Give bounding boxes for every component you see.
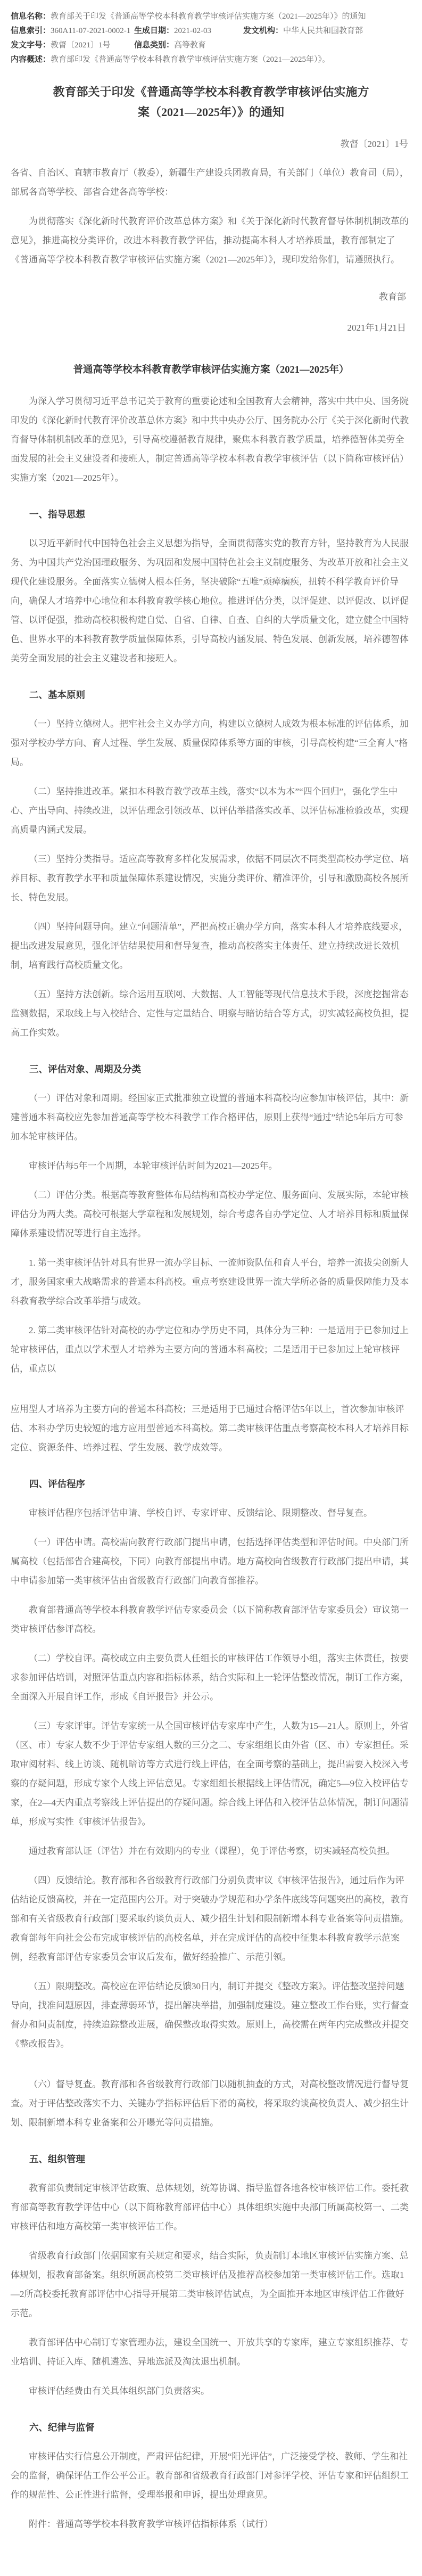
- meta-category-pair: 信息类别： 高等教育: [134, 38, 411, 53]
- meta-agency-label: 发文机构：: [243, 24, 283, 38]
- paragraph: （一）评估申请。高校需向教育行政部门提出申请，包括选择评估类型和评估时间。中央部…: [11, 1533, 411, 1590]
- paragraph-continuation: 应用型人才培养为主要方向的普通本科高校；三是适用于已通过合格评估5年以上，首次参…: [11, 1400, 411, 1457]
- section-heading: 五、组织管理: [11, 2150, 411, 2169]
- meta-name-value: 教育部关于印发《普通高等学校本科教育教学审核评估实施方案（2021—2025年）…: [51, 10, 366, 24]
- paragraph: 以习近平新时代中国特色社会主义思想为指导，全面贯彻落实党的教育方针，坚持教育为人…: [11, 534, 411, 668]
- paragraph: 审核评估实行信息公开制度，严肃评估纪律，开展“阳光评估”，广泛接受学校、教师、学…: [11, 2447, 411, 2505]
- paragraph: （四）反馈结论。教育部和各省级教育行政部门分别负责审议《审核评估报告》，通过后作…: [11, 1871, 411, 1967]
- paragraph: （五）限期整改。高校应在评估结论反馈30日内，制订并提交《整改方案》。评估整改坚…: [11, 1977, 411, 2054]
- paragraph: （三）专家评审。评估专家统一从全国审核评估专家库中产生，人数为15—21人。原则…: [11, 1717, 411, 1832]
- paragraph: （二）评估分类。根据高等教育整体布局结构和高校办学定位、服务面向、发展实际，本轮…: [11, 1186, 411, 1243]
- meta-index-label: 信息索引：: [11, 24, 51, 38]
- attachment-line: 附件：普通高等学校本科教育教学审核评估指标体系（试行）: [11, 2515, 411, 2534]
- meta-row-index: 信息索引： 360A11-07-2021-0002-1 生成日期： 2021-0…: [11, 24, 411, 38]
- paragraph: （二）坚持推进改革。紧扣本科教育教学改革主线，落实“以本为本”“四个回归”，强化…: [11, 782, 411, 840]
- paragraph: （四）坚持问题导向。建立“问题清单”，严把高校正确办学方向，落实本科人才培养底线…: [11, 917, 411, 975]
- paragraph: （六）督导复查。教育部和各省级教育行政部门以随机抽查的方式，对高校整改情况进行督…: [11, 2075, 411, 2132]
- paragraph: 为深入学习贯彻习近平总书记关于教育的重要论述和全国教育大会精神，落实中共中央、国…: [11, 392, 411, 488]
- meta-row-docno: 发文字号： 教督〔2021〕1号 信息类别： 高等教育: [11, 38, 411, 53]
- document-meta: 信息名称： 教育部关于印发《普通高等学校本科教育教学审核评估实施方案（2021—…: [11, 10, 411, 67]
- section-heading: 四、评估程序: [11, 1474, 411, 1494]
- meta-index-value: 360A11-07-2021-0002-1: [51, 24, 130, 38]
- meta-docno-pair: 发文字号： 教督〔2021〕1号: [11, 38, 134, 53]
- meta-name-label: 信息名称：: [11, 10, 51, 24]
- paragraph: 教育部负责制定审核评估政策、总体规划，统筹协调、指导监督各地各校审核评估工作。委…: [11, 2179, 411, 2236]
- meta-category-label: 信息类别：: [134, 38, 174, 53]
- paragraph: 审核评估每5年一个周期，本轮审核评估时间为2021—2025年。: [11, 1156, 411, 1176]
- paragraph: 审核评估程序包括评估申请、学校自评、专家评审、反馈结论、限期整改、督导复查。: [11, 1504, 411, 1523]
- paragraph: 2. 第二类审核评估针对高校的办学定位和办学历史不同，具体分为三种：一是适用于已…: [11, 1321, 411, 1379]
- section-heading: 三、评估对象、周期及分类: [11, 1060, 411, 1079]
- meta-docno-label: 发文字号：: [11, 38, 51, 53]
- meta-row-name: 信息名称： 教育部关于印发《普通高等学校本科教育教学审核评估实施方案（2021—…: [11, 10, 411, 24]
- meta-agency-pair: 发文机构： 中华人民共和国教育部: [243, 24, 411, 38]
- paragraph: （一）坚持立德树人。把牢社会主义办学方向，构建以立德树人成效为根本标准的评估体系…: [11, 715, 411, 772]
- section-heading: 一、指导思想: [11, 505, 411, 524]
- meta-docno-value: 教督〔2021〕1号: [51, 38, 111, 53]
- paragraph: 为贯彻落实《深化新时代教育评价改革总体方案》和《关于深化新时代教育督导体制机制改…: [11, 212, 411, 269]
- doc-number: 教督〔2021〕1号: [11, 136, 411, 150]
- meta-category-value: 高等教育: [174, 38, 206, 53]
- section-heading: 二、基本原则: [11, 685, 411, 704]
- salutation: 各省、自治区、直辖市教育厅（教委），新疆生产建设兵团教育局，有关部门（单位）教育…: [11, 163, 411, 202]
- paragraph: 审核评估经费由有关具体组织部门负责落实。: [11, 2382, 411, 2401]
- section-heading: 六、纪律与监督: [11, 2418, 411, 2437]
- paragraph: 通过教育部认证（评估）并在有效期内的专业（课程），免于评估考察，切实减轻高校负担…: [11, 1842, 411, 1861]
- paragraph: 省级教育行政部门依据国家有关规定和要求，结合实际，负责制订本地区审核评估实施方案…: [11, 2246, 411, 2323]
- meta-agency-value: 中华人民共和国教育部: [283, 24, 363, 38]
- paragraph: 教育部评估中心制订专家管理办法，建设全国统一、开放共享的专家库，建立专家组织推荐…: [11, 2333, 411, 2372]
- page-title: 教育部关于印发《普通高等学校本科教育教学审核评估实施方案（2021—2025年）…: [11, 82, 411, 122]
- sign-date: 2021年1月21日: [11, 318, 411, 338]
- notice-body: 各省、自治区、直辖市教育厅（教委），新疆生产建设兵团教育局，有关部门（单位）教育…: [11, 163, 411, 338]
- paragraph: （一）评估对象和周期。经国家正式批准独立设置的普通本科高校均应参加审核评估，其中…: [11, 1089, 411, 1146]
- meta-date-value: 2021-02-03: [174, 24, 211, 38]
- plan-body: 为深入学习贯彻习近平总书记关于教育的重要论述和全国教育大会精神，落实中共中央、国…: [11, 392, 411, 2534]
- paragraph: （二）学校自评。高校成立由主要负责人任组长的审核评估工作领导小组，落实主体责任，…: [11, 1649, 411, 1707]
- meta-summary-label: 内容概述：: [11, 53, 51, 67]
- meta-row-summary: 内容概述： 教育部印发《普通高等学校本科教育教学审核评估实施方案（2021—20…: [11, 53, 411, 67]
- meta-date-pair: 生成日期： 2021-02-03: [134, 24, 243, 38]
- paragraph: （五）坚持方法创新。综合运用互联网、大数据、人工智能等现代信息技术手段，深度挖掘…: [11, 985, 411, 1043]
- plan-title: 普通高等学校本科教育教学审核评估实施方案（2021—2025年）: [11, 361, 411, 379]
- paragraph: 1. 第一类审核评估针对具有世界一流办学目标、一流师资队伍和育人平台，培养一流拔…: [11, 1253, 411, 1311]
- paragraph: 教育部普通高等学校本科教育教学评估专家委员会（以下简称教育部评估专家委员会）审议…: [11, 1601, 411, 1639]
- paragraph: （三）坚持分类指导。适应高等教育多样化发展需求，依据不同层次不同类型高校办学定位…: [11, 850, 411, 907]
- meta-summary-value: 教育部印发《普通高等学校本科教育教学审核评估实施方案（2021—2025年）》。: [51, 53, 330, 67]
- meta-date-label: 生成日期：: [134, 24, 174, 38]
- meta-index-pair: 信息索引： 360A11-07-2021-0002-1: [11, 24, 134, 38]
- signer: 教育部: [11, 288, 411, 307]
- document-page: 信息名称： 教育部关于印发《普通高等学校本科教育教学审核评估实施方案（2021—…: [0, 0, 422, 2576]
